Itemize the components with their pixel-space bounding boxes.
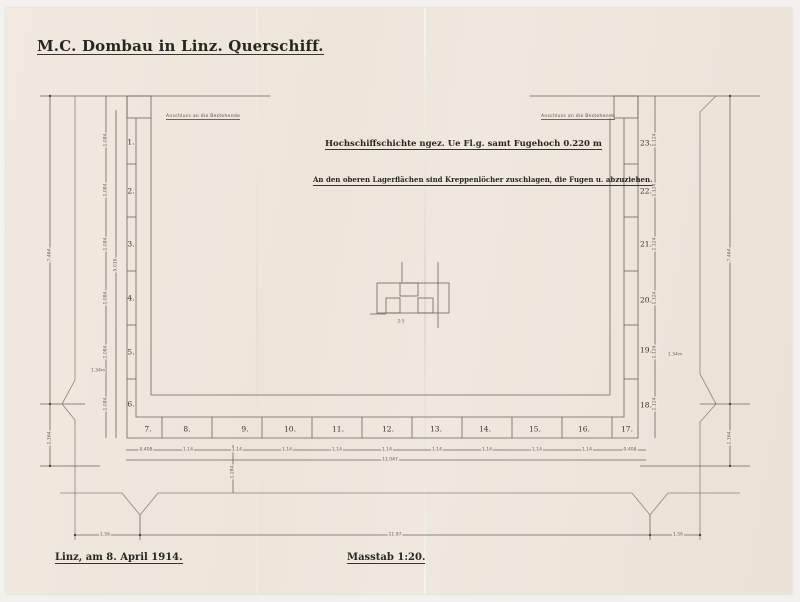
- stone-number: 8.: [183, 425, 190, 434]
- stone-number: 6.: [127, 400, 134, 409]
- base-left-dimension: 1.56: [99, 533, 111, 538]
- left-overall-dimension: 7.464: [48, 248, 53, 263]
- bottom-segment-dimension: 0.408: [139, 448, 154, 453]
- bottom-segment-dimension: 1.14: [182, 448, 194, 453]
- joint-detail: [370, 262, 449, 328]
- left-corner-block: [127, 96, 151, 118]
- right-segment-dimension: 1.124: [653, 345, 658, 360]
- bottom-segment-dimension: 1.14: [281, 448, 293, 453]
- bottom-segment-dimension: 0.408: [623, 448, 638, 453]
- right-corner-block: [614, 96, 638, 118]
- stone-number: 20.: [640, 296, 652, 305]
- right-lower-dimension: 1.164: [728, 431, 733, 446]
- place-date: Linz, am 8. April 1914.: [55, 552, 183, 564]
- floor-plan-drawing: [0, 0, 800, 602]
- instruction-note: An den oberen Lagerflächen sind Kreppenl…: [313, 175, 653, 186]
- stone-number: 9.: [241, 425, 248, 434]
- stone-number: 15.: [529, 425, 541, 434]
- right-segment-dimension: 1.124: [653, 133, 658, 148]
- left-segment-dimension: 1.084: [104, 133, 109, 148]
- right-segment-dimension: 1.124: [653, 183, 658, 198]
- left-segment-dimension: 1.084: [104, 183, 109, 198]
- inner-wall-line: [151, 118, 610, 395]
- stone-number: 13.: [430, 425, 442, 434]
- stone-number: 23.: [640, 139, 652, 148]
- bottom-segment-dimension: 1.14: [431, 448, 443, 453]
- right-overall-dimension: 7.464: [728, 248, 733, 263]
- left-connection-label: Anschluss an die Bestehende: [166, 114, 240, 120]
- stone-number: 21.: [640, 240, 652, 249]
- base-center-dimension: 11.97: [388, 533, 403, 538]
- stone-number: 7.: [144, 425, 151, 434]
- right-connection-label: Anschluss an die Bestehende: [541, 114, 615, 120]
- vertical-center-dimension: 1.284: [231, 465, 236, 480]
- bottom-segment-dimension: 1.14: [581, 448, 593, 453]
- left-segment-dimension: 1.084: [104, 397, 109, 412]
- bottom-total-dimension: 11.047: [381, 458, 399, 463]
- stone-number: 3.: [127, 240, 134, 249]
- left-inner-dimension: 5.016: [114, 258, 119, 273]
- stone-number: 14.: [479, 425, 491, 434]
- stone-number: 10.: [284, 425, 296, 434]
- scale-label: Masstab 1:20.: [347, 552, 425, 564]
- stone-number: 2.: [127, 187, 134, 196]
- left-segment-dimension: 1.084: [104, 237, 109, 252]
- bottom-segment-dimension: 1.14: [481, 448, 493, 453]
- stone-number: 19.: [640, 346, 652, 355]
- base-right-dimension: 1.56: [672, 533, 684, 538]
- stone-number: 5.: [127, 348, 134, 357]
- stone-number: 1.: [127, 138, 134, 147]
- stone-number: 4.: [127, 294, 134, 303]
- left-segment-dimension: 1.084: [104, 291, 109, 306]
- right-segment-dimension: 1.124: [653, 397, 658, 412]
- stone-number: 16.: [578, 425, 590, 434]
- bottom-segment-dimension: 1.14: [381, 448, 393, 453]
- bottom-segment-dimension: 1.14: [531, 448, 543, 453]
- stone-number: 22.: [640, 187, 652, 196]
- left-lower-dimension: 1.164: [48, 431, 53, 446]
- bottom-segment-dimension: 1.14: [231, 448, 243, 453]
- right-segment-dimension: 1.124: [653, 291, 658, 306]
- drawing-title: M.C. Dombau in Linz. Querschiff.: [37, 39, 324, 55]
- left-segment-dimension: 1.084: [104, 345, 109, 360]
- stone-number: 11.: [332, 425, 344, 434]
- course-heading-note: Hochschiffschichte ngez. Ue Fl.g. samt F…: [325, 139, 602, 150]
- right-offset-dimension: 1.34m: [667, 353, 683, 358]
- right-segment-dimension: 1.124: [653, 237, 658, 252]
- left-offset-dimension: 1.34m: [90, 369, 106, 374]
- stone-number: 17.: [621, 425, 633, 434]
- stone-number: 12.: [382, 425, 394, 434]
- detail-label: 2·5: [396, 320, 405, 325]
- bottom-segment-dimension: 1.14: [331, 448, 343, 453]
- stone-number: 18.: [640, 401, 652, 410]
